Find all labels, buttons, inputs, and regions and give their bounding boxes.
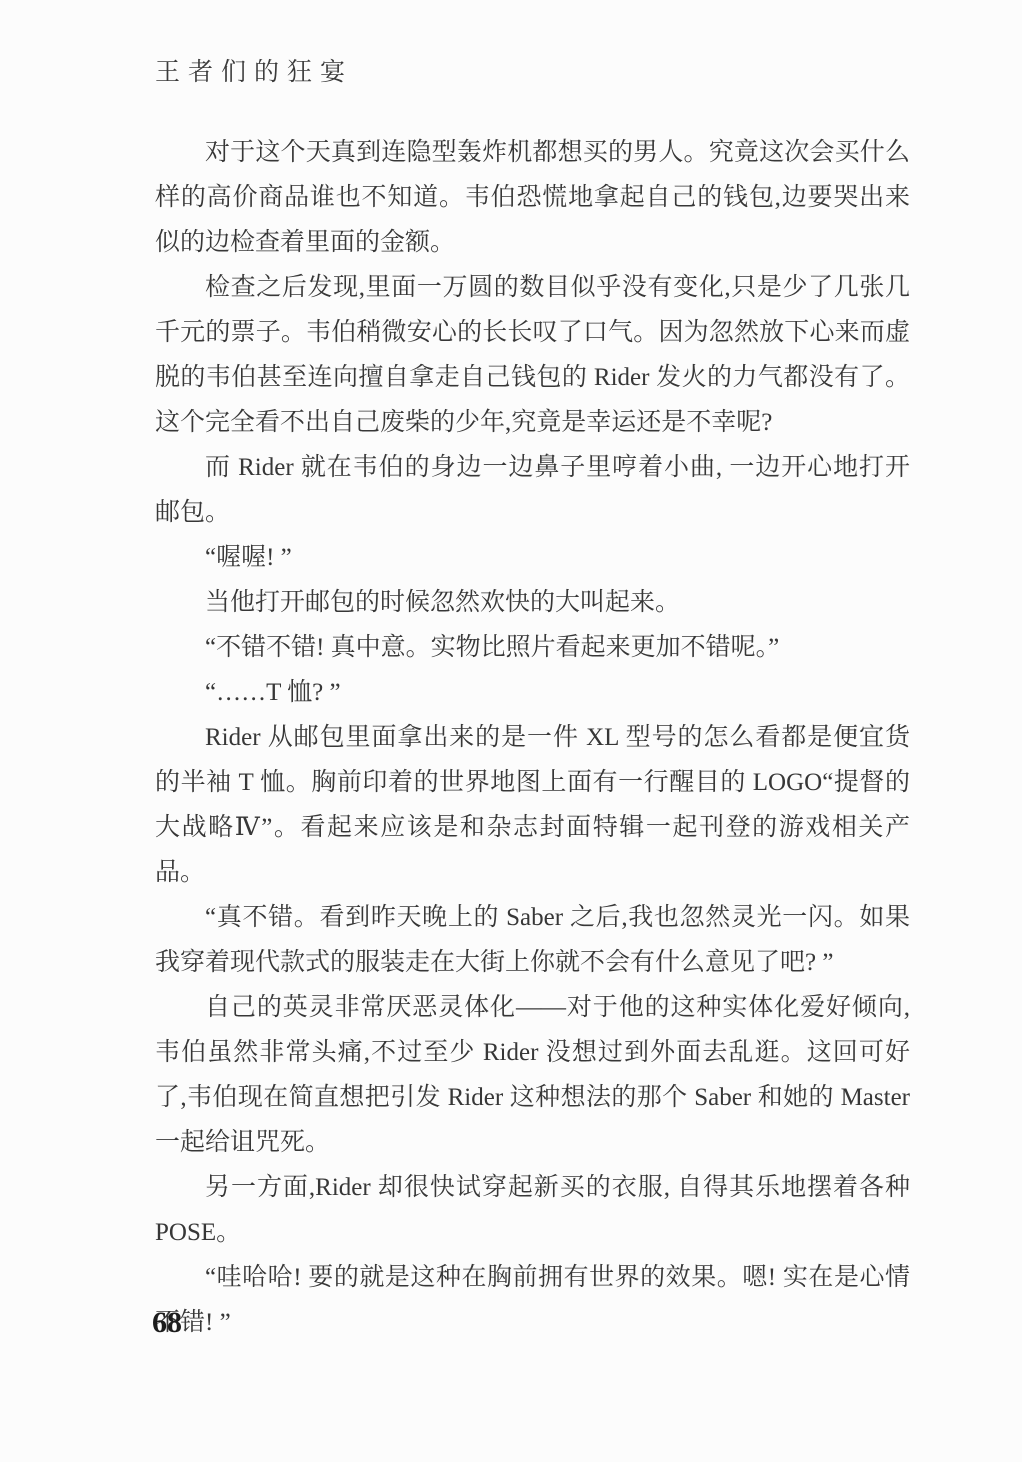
paragraph: 检查之后发现,里面一万圆的数目似乎没有变化,只是少了几张几千元的票子。韦伯稍微安…	[155, 265, 910, 445]
paragraph: 当他打开邮包的时候忽然欢快的大叫起来。	[155, 580, 910, 625]
paragraph: “真不错。看到昨天晚上的 Saber 之后,我也忽然灵光一闪。如果我穿着现代款式…	[155, 895, 910, 985]
body-text: 对于这个天真到连隐型轰炸机都想买的男人。究竟这次会买什么样的高价商品谁也不知道。…	[155, 130, 910, 1345]
paragraph: 而 Rider 就在韦伯的身边一边鼻子里哼着小曲, 一边开心地打开邮包。	[155, 445, 910, 535]
paragraph: Rider 从邮包里面拿出来的是一件 XL 型号的怎么看都是便宜货的半袖 T 恤…	[155, 715, 910, 895]
paragraph: “……T 恤? ”	[155, 670, 910, 715]
paragraph: 自己的英灵非常厌恶灵体化——对于他的这种实体化爱好倾向,韦伯虽然非常头痛,不过至…	[155, 985, 910, 1165]
paragraph: “不错不错! 真中意。实物比照片看起来更加不错呢。”	[155, 625, 910, 670]
page-number: 68	[152, 1306, 182, 1340]
paragraph: “喔喔! ”	[155, 535, 910, 580]
paragraph: “哇哈哈! 要的就是这种在胸前拥有世界的效果。嗯! 实在是心情不错! ”	[155, 1255, 910, 1345]
paragraph: 对于这个天真到连隐型轰炸机都想买的男人。究竟这次会买什么样的高价商品谁也不知道。…	[155, 130, 910, 265]
running-header: 王者们的狂宴	[155, 52, 353, 88]
paragraph: 另一方面,Rider 却很快试穿起新买的衣服, 自得其乐地摆着各种 POSE。	[155, 1165, 910, 1255]
book-page: 王者们的狂宴 对于这个天真到连隐型轰炸机都想买的男人。究竟这次会买什么样的高价商…	[0, 0, 1022, 1462]
